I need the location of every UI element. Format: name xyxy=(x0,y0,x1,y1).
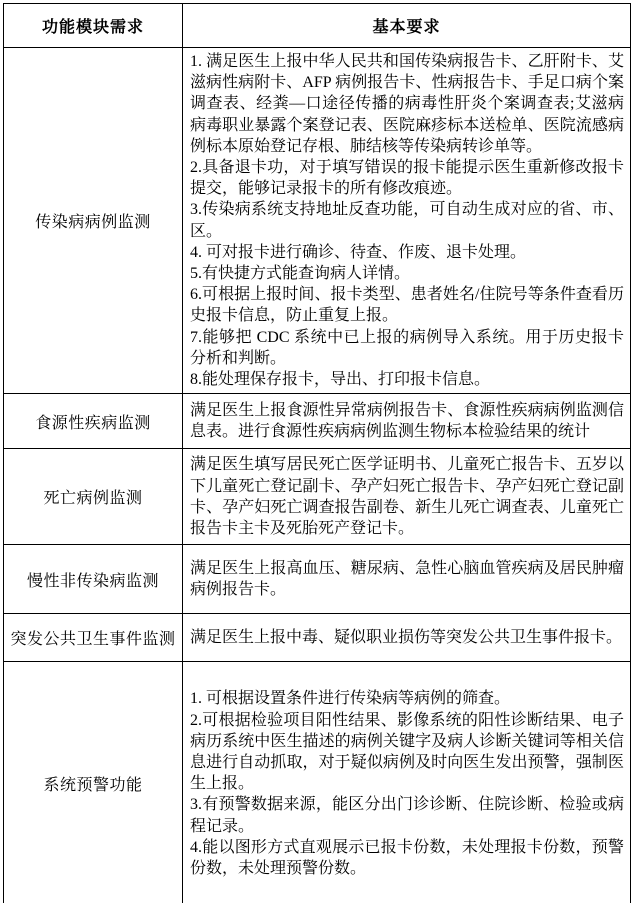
module-name: 食源性疾病监测 xyxy=(4,394,183,449)
module-requirements: 1. 满足医生上报中华人民共和国传染病报告卡、乙肝附卡、艾滋病性病附卡、AFP … xyxy=(183,48,631,394)
table-header-row: 功能模块需求 基本要求 xyxy=(4,4,631,48)
module-name: 慢性非传染病监测 xyxy=(4,545,183,614)
module-name: 死亡病例监测 xyxy=(4,449,183,545)
module-name: 突发公共卫生事件监测 xyxy=(4,614,183,662)
table-row-foodborne-disease: 食源性疾病监测 满足医生上报食源性异常病例报告卡、食源性疾病病例监测信息表。进行… xyxy=(4,394,631,449)
module-requirements: 满足医生上报中毒、疑似职业损伤等突发公共卫生事件报卡。 xyxy=(183,614,631,662)
table-row-infectious-disease: 传染病病例监测 1. 满足医生上报中华人民共和国传染病报告卡、乙肝附卡、艾滋病性… xyxy=(4,48,631,394)
module-requirements: 满足医生上报高血压、糖尿病、急性心脑血管疾病及居民肿瘤病例报告卡。 xyxy=(183,545,631,614)
table-row-death-case: 死亡病例监测 满足医生填写居民死亡医学证明书、儿童死亡报告卡、五岁以下儿童死亡登… xyxy=(4,449,631,545)
module-name: 系统预警功能 xyxy=(4,662,183,903)
header-basic-requirements: 基本要求 xyxy=(183,4,631,48)
table-row-system-warning: 系统预警功能 1. 可根据设置条件进行传染病等病例的筛查。 2.可根据检验项目阳… xyxy=(4,662,631,903)
module-requirements: 1. 可根据设置条件进行传染病等病例的筛查。 2.可根据检验项目阳性结果、影像系… xyxy=(183,662,631,903)
module-name: 传染病病例监测 xyxy=(4,48,183,394)
table-row-public-health-emergency: 突发公共卫生事件监测 满足医生上报中毒、疑似职业损伤等突发公共卫生事件报卡。 xyxy=(4,614,631,662)
document-page: 功能模块需求 基本要求 传染病病例监测 1. 满足医生上报中华人民共和国传染病报… xyxy=(0,0,633,903)
module-requirements: 满足医生上报食源性异常病例报告卡、食源性疾病病例监测信息表。进行食源性疾病病例监… xyxy=(183,394,631,449)
table-row-chronic-noninfectious: 慢性非传染病监测 满足医生上报高血压、糖尿病、急性心脑血管疾病及居民肿瘤病例报告… xyxy=(4,545,631,614)
requirements-table: 功能模块需求 基本要求 传染病病例监测 1. 满足医生上报中华人民共和国传染病报… xyxy=(3,3,631,903)
module-requirements: 满足医生填写居民死亡医学证明书、儿童死亡报告卡、五岁以下儿童死亡登记副卡、孕产妇… xyxy=(183,449,631,545)
header-function-module: 功能模块需求 xyxy=(4,4,183,48)
